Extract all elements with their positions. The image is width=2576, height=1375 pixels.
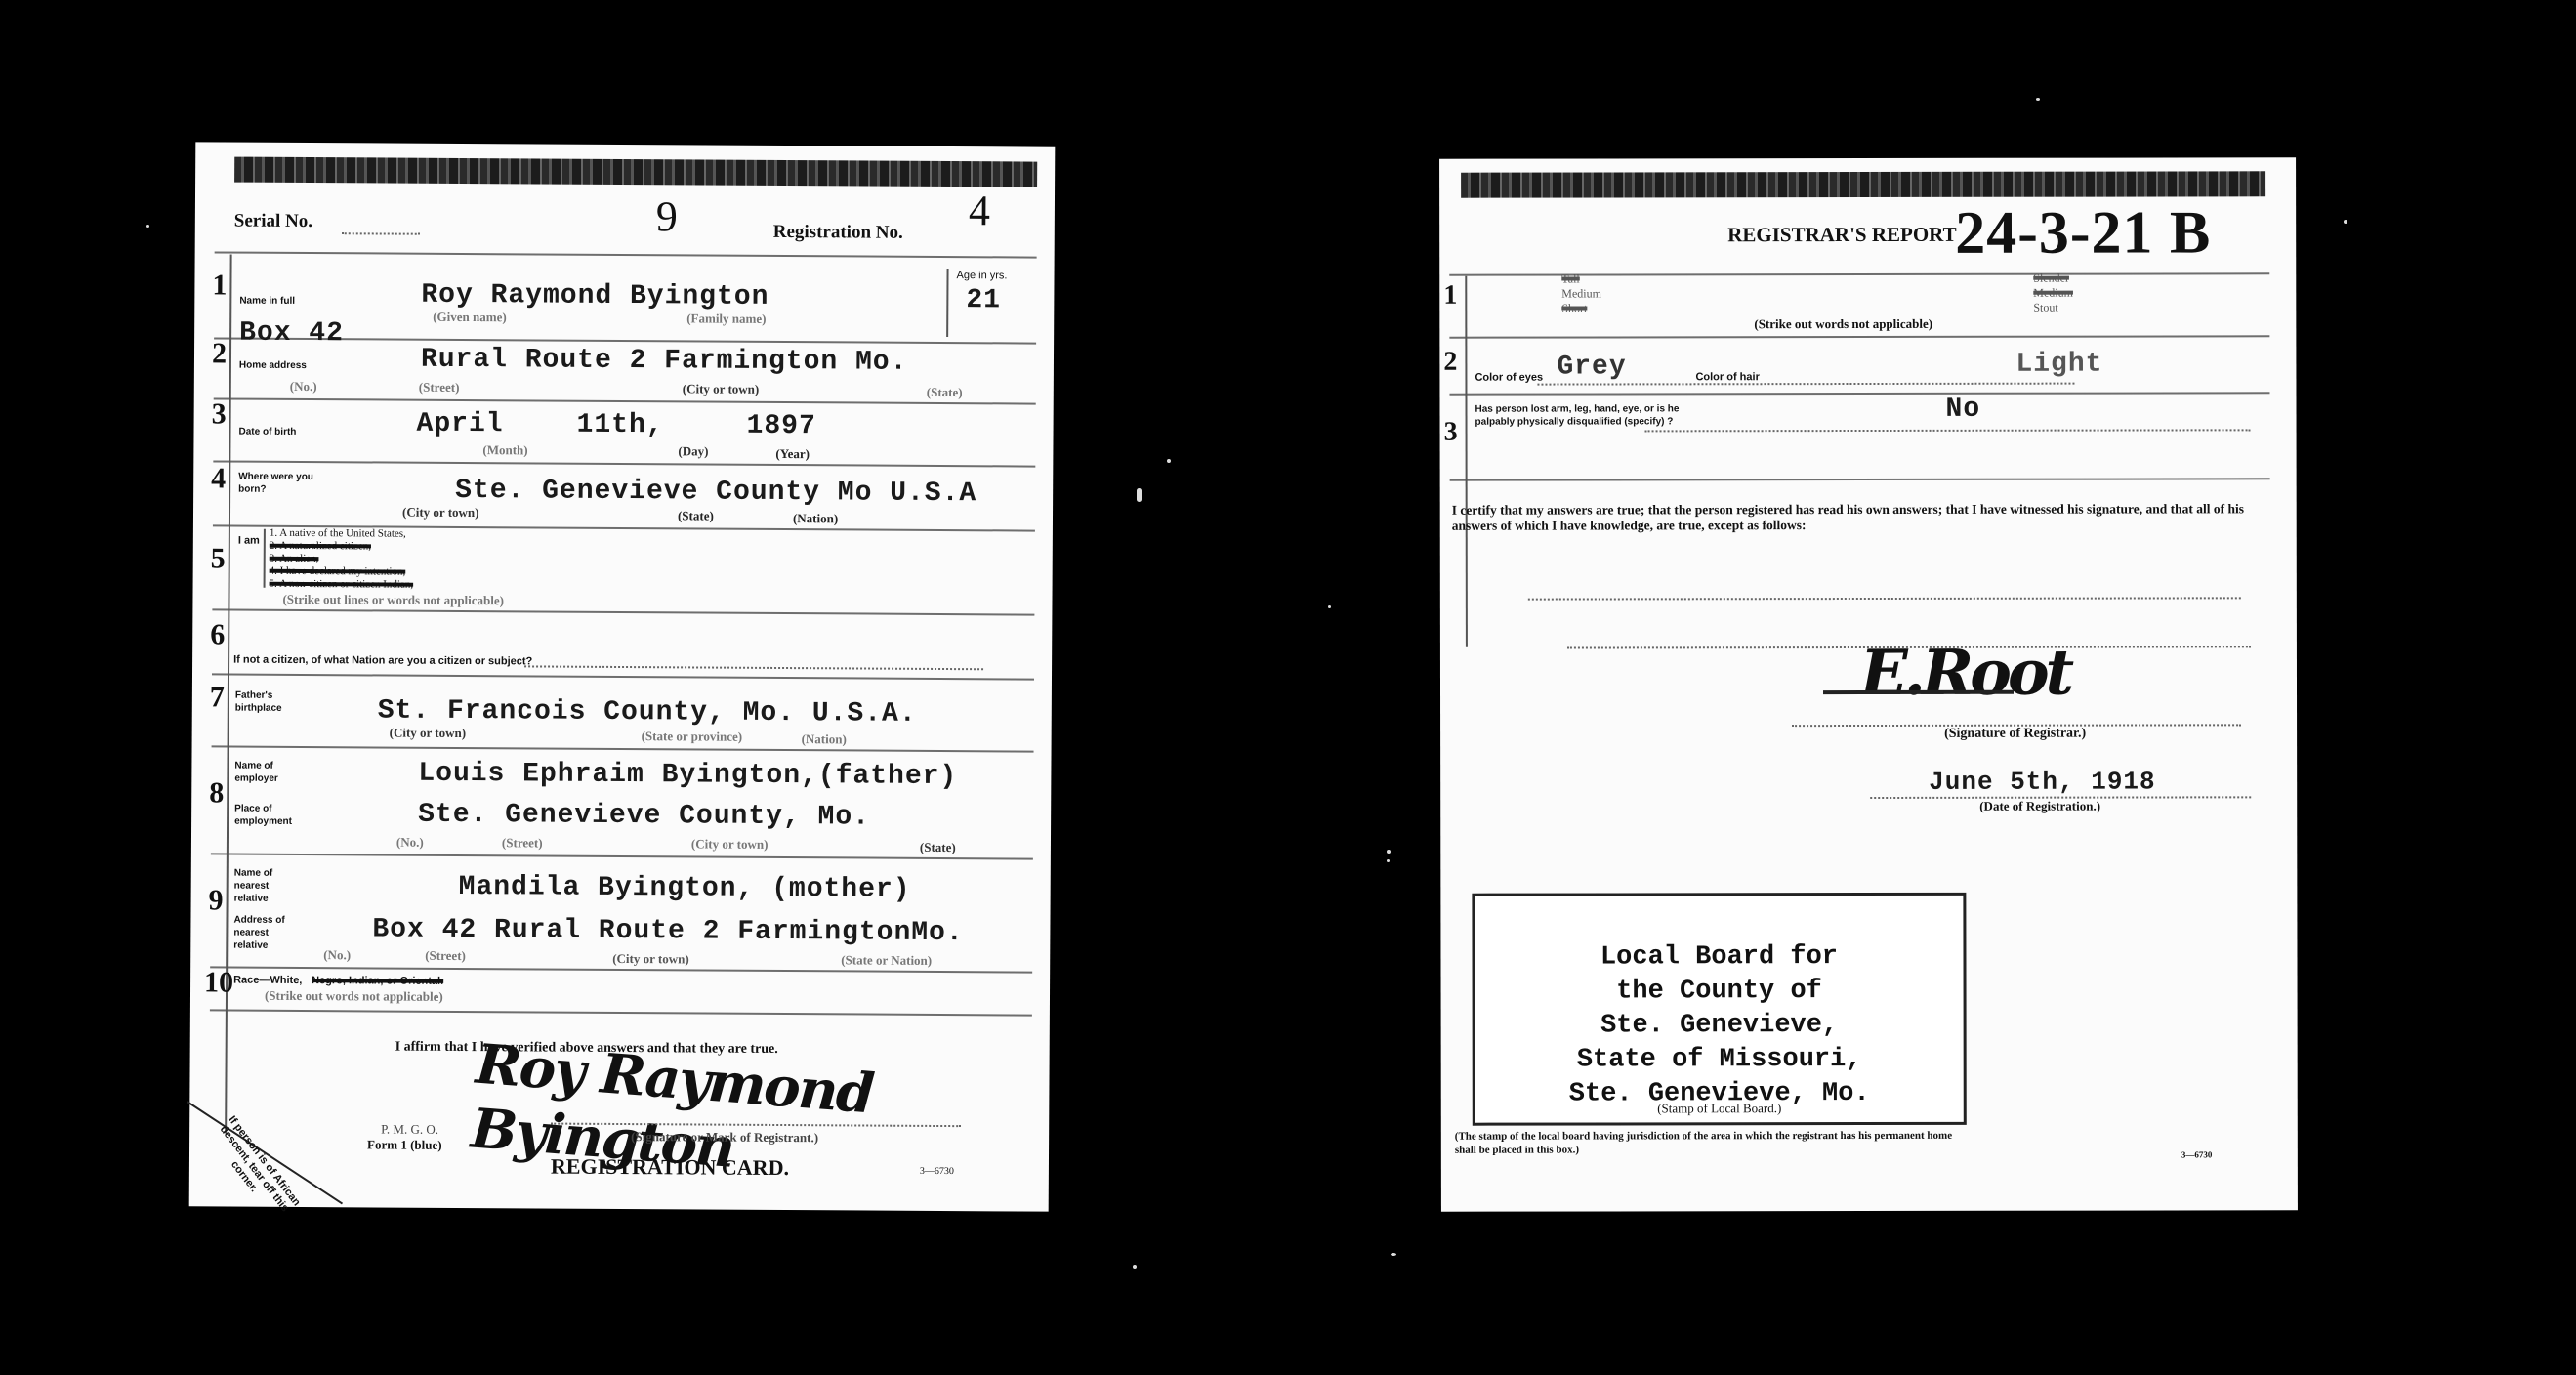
divider: [1449, 335, 2269, 338]
registration-card: Serial No. 9 Registration No. 4 1 Name i…: [189, 142, 1056, 1211]
registrar-report-card: REGISTRAR'S REPORT 24-3-21 B 1 Tall Medi…: [1439, 157, 2298, 1212]
sublabel: (No.): [290, 379, 317, 395]
divider: [212, 673, 1034, 680]
field-number: 6: [210, 618, 225, 651]
dotted-line: [1537, 383, 2074, 386]
sublabel: (No.): [323, 947, 351, 963]
divider: [1450, 478, 2270, 480]
relative-address-label: Address of nearest relative: [233, 914, 302, 952]
address-label: Home address: [239, 359, 307, 372]
stamp-line: Local Board for: [1475, 940, 1963, 976]
registration-code-stamp: 24-3-21 B: [1955, 198, 2211, 268]
option-declared: 4. I have declared my intention,: [270, 565, 414, 579]
divider: [1449, 392, 2269, 395]
sublabel: (Nation): [802, 731, 847, 747]
divider: [213, 460, 1035, 467]
race-label: Race—White,: [233, 975, 302, 987]
strike-note: (Strike out lines or words not applicabl…: [282, 592, 504, 608]
option-alien: 3. An alien,: [270, 553, 414, 566]
relative-label: Name of nearest relative: [234, 867, 303, 905]
divider: [214, 397, 1036, 404]
strike-note: (Strike out words not applicable): [1754, 316, 1932, 332]
registration-date: June 5th, 1918: [1929, 767, 2155, 796]
dust-speck: [1137, 488, 1142, 502]
dust-speck: [1387, 850, 1391, 854]
field-number: 5: [211, 542, 226, 575]
age-value: 21: [966, 285, 1001, 315]
sublabel: (Family name): [686, 311, 766, 326]
form-code: 3—6730: [2181, 1149, 2213, 1159]
sublabel: (City or town): [683, 381, 760, 396]
divider: [212, 608, 1034, 615]
margin-rule: [1465, 276, 1468, 647]
sublabel: (City or town): [390, 726, 467, 741]
employer-value: Louis Ephraim Byington,(father): [418, 759, 957, 792]
address-value: Rural Route 2 Farmington Mo.: [421, 345, 908, 378]
dust-speck: [2344, 220, 2347, 224]
relative-address-value: Box 42 Rural Route 2 FarmingtonMo.: [372, 914, 963, 948]
disability-label-2: palpably physically disqualified (specif…: [1475, 415, 1674, 428]
field-number: 8: [209, 776, 224, 810]
stamp-caption: (Stamp of Local Board.): [1475, 1101, 1964, 1117]
sublabel: (State or Nation): [841, 952, 932, 969]
build-options: Slender Medium Stout: [2033, 271, 2073, 315]
sublabel: (City or town): [691, 836, 769, 852]
margin-rule: [225, 255, 231, 1134]
field-number: 10: [204, 966, 233, 999]
field-number: 2: [1443, 347, 1457, 378]
sublabel: (State): [927, 385, 963, 400]
dotted-line: [524, 665, 983, 670]
name-value: Roy Raymond Byington: [421, 280, 769, 312]
dust-speck: [1391, 1253, 1396, 1256]
dust-speck: [146, 225, 149, 228]
header-bar: [1461, 171, 2265, 197]
build-medium: Medium: [2033, 286, 2073, 301]
signature-flourish: [1823, 690, 2014, 694]
birth-day: 11th,: [576, 410, 663, 441]
certification-text: I certify that my answers are true; that…: [1452, 501, 2272, 533]
height-short: Short: [1561, 301, 1601, 315]
disability-label: Has person lost arm, leg, hand, eye, or …: [1475, 402, 1679, 415]
birthplace-value: Ste. Genevieve County Mo U.S.A: [455, 476, 976, 509]
sublabel: (Day): [678, 443, 708, 459]
dust-speck: [2036, 98, 2040, 101]
stamp-line: the County of: [1475, 975, 1964, 1010]
divider: [212, 745, 1034, 752]
field-number: 3: [212, 397, 227, 431]
employer-label: Name of employer: [234, 760, 293, 785]
relative-value: Mandila Byington, (mother): [459, 872, 911, 905]
eye-color-label: Color of eyes: [1475, 372, 1543, 385]
registration-card-title: REGISTRATION CARD.: [551, 1154, 789, 1181]
sublabel: (City or town): [612, 951, 689, 967]
sublabel: (Given name): [433, 310, 507, 325]
build-slender: Slender: [2033, 271, 2073, 286]
date-caption: (Date of Registration.): [1979, 799, 2100, 814]
birth-month: April: [416, 409, 503, 440]
sublabel: (State): [920, 840, 956, 855]
stamp-line: State of Missouri,: [1475, 1043, 1964, 1078]
field-number: 4: [211, 462, 226, 495]
eye-color-value: Grey: [1557, 352, 1626, 382]
option-native: 1. A native of the United States,: [270, 527, 414, 541]
build-stout: Stout: [2033, 301, 2073, 315]
employment-place-value: Ste. Genevieve County, Mo.: [418, 800, 870, 833]
strike-note: (Strike out words not applicable): [265, 988, 443, 1005]
sublabel: (Month): [482, 442, 527, 458]
serial-label: Serial No.: [234, 215, 312, 228]
field-number: 1: [212, 269, 227, 302]
father-birthplace-label: Father's birthplace: [235, 689, 294, 715]
nation-label: If not a citizen, of what Nation are you…: [233, 654, 532, 669]
form-id-line2: Form 1 (blue): [367, 1137, 442, 1152]
sublabel: (City or town): [402, 505, 479, 521]
birth-date-label: Date of birth: [238, 426, 296, 438]
sublabel: (No.): [396, 835, 424, 851]
dust-speck: [1167, 459, 1171, 463]
height-options: Tall Medium Short: [1561, 271, 1601, 315]
dotted-line: [1528, 597, 2241, 600]
dotted-line: [1645, 429, 2251, 432]
sublabel: (Street): [419, 380, 460, 396]
sublabel: (Year): [775, 446, 810, 462]
dotted-line: [342, 232, 420, 234]
dust-speck: [1133, 1265, 1137, 1269]
option-naturalized: 2. A naturalized citizen,: [270, 540, 414, 554]
sublabel: (Street): [425, 948, 466, 964]
field-number: 9: [208, 884, 223, 917]
name-label: Name in full: [239, 295, 295, 308]
age-label: Age in yrs.: [956, 270, 1007, 282]
registrar-report-title: REGISTRAR'S REPORT: [1727, 223, 1956, 247]
employment-place-label: Place of employment: [234, 803, 303, 828]
dust-speck: [1387, 859, 1390, 862]
signature-caption: (Signature or Mark of Registrant.): [631, 1129, 818, 1146]
bracket: [264, 529, 266, 588]
local-board-stamp: Local Board for the County of Ste. Genev…: [1475, 940, 1963, 1112]
serial-number: 9: [656, 191, 678, 241]
sublabel: (Street): [502, 835, 543, 851]
hair-color-value: Light: [2015, 350, 2102, 380]
sublabel: (State): [678, 508, 714, 523]
height-medium: Medium: [1561, 286, 1601, 301]
age-divider: [946, 269, 948, 337]
local-board-stamp-box: Local Board for the County of Ste. Genev…: [1472, 893, 1966, 1126]
sublabel: (State or province): [642, 729, 743, 745]
father-birthplace-value: St. Francois County, Mo. U.S.A.: [378, 695, 917, 729]
birth-year: 1897: [746, 411, 815, 441]
disability-value: No: [1945, 395, 1980, 425]
citizenship-label: I am: [238, 535, 260, 548]
form-id-line1: P. M. G. O.: [381, 1122, 438, 1138]
stamp-note: (The stamp of the local board having jur…: [1455, 1129, 1963, 1157]
divider: [211, 853, 1033, 859]
dust-speck: [1328, 605, 1331, 608]
race-struck-options: Negro, Indian, or Oriental.: [312, 975, 443, 988]
field-number: 7: [210, 681, 225, 714]
stamp-line: Ste. Genevieve,: [1475, 1009, 1964, 1044]
form-code: 3—6730: [920, 1166, 954, 1177]
registrar-signature-caption: (Signature of Registrar.): [1944, 727, 2086, 742]
citizenship-options: 1. A native of the United States, 2. A n…: [270, 527, 414, 592]
registration-label: Registration No.: [773, 226, 903, 239]
divider: [210, 1009, 1032, 1016]
field-number: 3: [1444, 417, 1458, 448]
field-number: 1: [1443, 280, 1457, 312]
birthplace-label: Where were you born?: [238, 471, 326, 497]
height-tall: Tall: [1561, 271, 1601, 286]
corner-note: If person is of African descent, tear of…: [197, 1104, 311, 1235]
option-indian: 5. A non-citizen or citizen Indian,: [270, 578, 414, 592]
divider: [215, 251, 1037, 258]
sublabel: (Nation): [793, 511, 838, 526]
address-box-value: Box 42: [239, 318, 344, 350]
field-number: 2: [212, 337, 227, 370]
registration-number: 4: [969, 186, 990, 235]
header-bar: [234, 157, 1037, 187]
registrar-signature: E.Root: [1860, 637, 2070, 710]
